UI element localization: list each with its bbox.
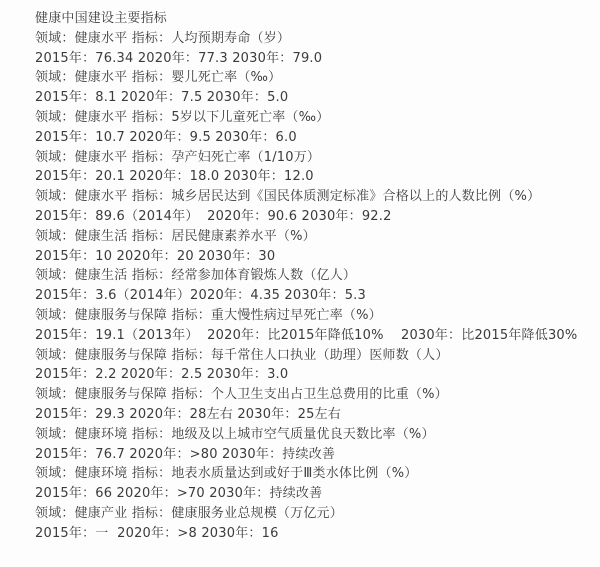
indicator-header-line: 领域：健康水平 指标：人均预期寿命（岁） (35, 29, 596, 49)
indicator-values-line: 2015年：10.7 2020年：9.5 2030年：6.0 (35, 128, 596, 148)
indicator-record: 领域：健康水平 指标：5岁以下儿童死亡率（‰） 2015年：10.7 2020年… (35, 108, 596, 148)
indicator-values-line: 2015年：20.1 2020年：18.0 2030年：12.0 (35, 167, 596, 187)
indicator-values-line: 2015年：89.6（2014年） 2020年：90.6 2030年：92.2 (35, 207, 596, 227)
indicator-header-line: 领域：健康生活 指标：经常参加体育锻炼人数（亿人） (35, 266, 596, 286)
indicator-record: 领域：健康产业 指标：健康服务业总规模（万亿元） 2015年：一 2020年：>… (35, 504, 596, 544)
indicator-record: 领域：健康环境 指标：地表水质量达到或好于Ⅲ类水体比例（%） 2015年：66 … (35, 464, 596, 504)
indicator-record: 领域：健康水平 指标：婴儿死亡率（‰） 2015年：8.1 2020年：7.5 … (35, 68, 596, 108)
indicator-values-line: 2015年：76.7 2020年：>80 2030年：持续改善 (35, 445, 596, 465)
indicator-header-line: 领域：健康水平 指标：孕产妇死亡率（1/10万） (35, 148, 596, 168)
indicator-header-line: 领域：健康环境 指标：地级及以上城市空气质量优良天数比率（%） (35, 425, 596, 445)
indicator-record: 领域：健康服务与保障 指标：个人卫生支出占卫生总费用的比重（%） 2015年：2… (35, 385, 596, 425)
indicator-values-line: 2015年：29.3 2020年：28左右 2030年：25左右 (35, 405, 596, 425)
indicator-values-line: 2015年：19.1（2013年） 2020年：比2015年降低10% 2030… (35, 326, 596, 346)
indicator-record: 领域：健康生活 指标：经常参加体育锻炼人数（亿人） 2015年：3.6（2014… (35, 266, 596, 306)
indicator-header-line: 领域：健康水平 指标：5岁以下儿童死亡率（‰） (35, 108, 596, 128)
indicator-record: 领域：健康服务与保障 指标：重大慢性病过早死亡率（%） 2015年：19.1（2… (35, 306, 596, 346)
indicator-values-line: 2015年：8.1 2020年：7.5 2030年：5.0 (35, 88, 596, 108)
indicator-values-line: 2015年：3.6（2014年）2020年：4.35 2030年：5.3 (35, 286, 596, 306)
indicator-record: 领域：健康水平 指标：城乡居民达到《国民体质测定标准》合格以上的人数比例（%） … (35, 187, 596, 227)
document-page: 健康中国建设主要指标 领域：健康水平 指标：人均预期寿命（岁） 2015年：76… (0, 0, 600, 567)
indicator-values-line: 2015年：一 2020年：>8 2030年：16 (35, 524, 596, 544)
indicator-record: 领域：健康服务与保障 指标：每千常住人口执业（助理）医师数（人） 2015年：2… (35, 346, 596, 386)
indicator-record: 领域：健康环境 指标：地级及以上城市空气质量优良天数比率（%） 2015年：76… (35, 425, 596, 465)
document-title: 健康中国建设主要指标 (35, 9, 596, 29)
indicator-values-line: 2015年：66 2020年：>70 2030年：持续改善 (35, 484, 596, 504)
indicator-header-line: 领域：健康环境 指标：地表水质量达到或好于Ⅲ类水体比例（%） (35, 464, 596, 484)
indicator-header-line: 领域：健康产业 指标：健康服务业总规模（万亿元） (35, 504, 596, 524)
indicator-values-line: 2015年：76.34 2020年：77.3 2030年：79.0 (35, 49, 596, 69)
indicator-header-line: 领域：健康水平 指标：城乡居民达到《国民体质测定标准》合格以上的人数比例（%） (35, 187, 596, 207)
indicator-values-line: 2015年：10 2020年：20 2030年：30 (35, 247, 596, 267)
indicator-record: 领域：健康水平 指标：人均预期寿命（岁） 2015年：76.34 2020年：7… (35, 29, 596, 69)
indicator-header-line: 领域：健康服务与保障 指标：每千常住人口执业（助理）医师数（人） (35, 346, 596, 366)
indicator-values-line: 2015年：2.2 2020年：2.5 2030年：3.0 (35, 365, 596, 385)
indicator-record: 领域：健康生活 指标：居民健康素养水平（%） 2015年：10 2020年：20… (35, 227, 596, 267)
indicator-header-line: 领域：健康水平 指标：婴儿死亡率（‰） (35, 68, 596, 88)
indicator-header-line: 领域：健康服务与保障 指标：个人卫生支出占卫生总费用的比重（%） (35, 385, 596, 405)
indicator-header-line: 领域：健康生活 指标：居民健康素养水平（%） (35, 227, 596, 247)
indicator-record: 领域：健康水平 指标：孕产妇死亡率（1/10万） 2015年：20.1 2020… (35, 148, 596, 188)
indicator-header-line: 领域：健康服务与保障 指标：重大慢性病过早死亡率（%） (35, 306, 596, 326)
